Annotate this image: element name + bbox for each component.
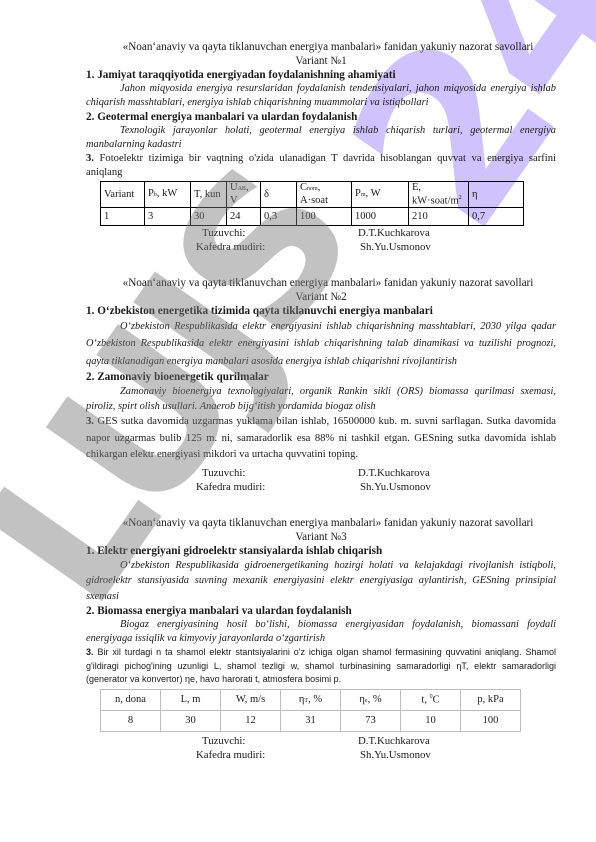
question-3-text: GES sutka davomida uzgarmas yuklama bila…: [86, 416, 556, 460]
question-1-description: O‘zbekiston Respublikasida elektr energi…: [86, 318, 556, 371]
compiler-signature: Tuzuvchi: D.T.Kuchkarova: [86, 226, 556, 240]
table-cell: 100: [297, 207, 352, 225]
compiler-name: D.T.Kuchkarova: [358, 226, 430, 240]
table-cell: 24: [227, 207, 261, 225]
head-label: Kafedra mudiri:: [196, 240, 265, 254]
document-page: «Noan‘anaviy va qayta tiklanuvchan energ…: [86, 40, 556, 762]
table-header-cell: δ: [261, 182, 297, 208]
table-cell: 30: [161, 710, 221, 731]
question-2-description: Biogaz energiyasining hosil bo‘lishi, bi…: [86, 618, 556, 646]
head-name: Sh.Yu.Usmonov: [360, 748, 431, 762]
table-header-cell: L, m: [161, 689, 221, 710]
table-row: 8 30 12 31 73 10 100: [101, 710, 521, 731]
question-3-number: 3.: [86, 416, 94, 427]
question-3-text: Bir xil turdagi n ta shamol elektr stant…: [86, 647, 556, 684]
head-signature: Kafedra mudiri: Sh.Yu.Usmonov: [86, 240, 556, 254]
compiler-name: D.T.Kuchkarova: [358, 734, 430, 748]
compiler-label: Tuzuvchi:: [202, 734, 245, 748]
data-table-variant-3: n, dona L, m W, m/s ηT, % ηe, % t, 0C p,…: [100, 689, 521, 732]
question-1-title: 1. Jamiyat taraqqiyotida energiyadan foy…: [86, 68, 556, 82]
question-2-title: 2. Biomassa energiya manbalari va ularda…: [86, 604, 556, 618]
question-3-task: 3. GES sutka davomida uzgarmas yuklama b…: [86, 414, 556, 464]
table-header-cell: Variant: [101, 182, 145, 208]
table-header-cell: η: [469, 182, 524, 208]
head-name: Sh.Yu.Usmonov: [360, 240, 431, 254]
table-header-cell: Pb, kW: [145, 182, 191, 208]
spacer: [86, 254, 556, 276]
variant-3: «Noan‘anaviy va qayta tiklanuvchan energ…: [86, 516, 556, 762]
table-header-cell: Pm, W: [352, 182, 409, 208]
head-signature: Kafedra mudiri: Sh.Yu.Usmonov: [86, 480, 556, 494]
table-cell: 100: [461, 710, 521, 731]
table-cell: 0,3: [261, 207, 297, 225]
data-table-variant-1: Variant Pb, kW T, kun UAB,V δ Cnom,A·soa…: [100, 181, 524, 226]
table-cell: 3: [145, 207, 191, 225]
table-cell: 12: [221, 710, 281, 731]
variant-title: Variant №1: [86, 54, 556, 68]
question-3-number: 3.: [86, 647, 94, 657]
variant-2: «Noan‘anaviy va qayta tiklanuvchan energ…: [86, 276, 556, 494]
question-2-description: Texnologik jarayonlar holati, geotermal …: [86, 124, 556, 152]
head-name: Sh.Yu.Usmonov: [360, 480, 431, 494]
variant-title: Variant №2: [86, 290, 556, 304]
question-3-task: 3. Fotoelektr tizimiga bir vaqtning o'zi…: [86, 152, 556, 180]
table-cell: 8: [101, 710, 161, 731]
table-header-cell: n, dona: [101, 689, 161, 710]
table-header-cell: Cnom,A·soat: [297, 182, 352, 208]
head-label: Kafedra mudiri:: [196, 748, 265, 762]
compiler-signature: Tuzuvchi: D.T.Kuchkarova: [86, 466, 556, 480]
table-header-row: n, dona L, m W, m/s ηT, % ηe, % t, 0C p,…: [101, 689, 521, 710]
table-header-row: Variant Pb, kW T, kun UAB,V δ Cnom,A·soa…: [101, 182, 524, 208]
variant-title: Variant №3: [86, 530, 556, 544]
table-header-cell: t, 0C: [401, 689, 461, 710]
question-1-description: Jahon miqyosida energiya resurslaridan f…: [86, 82, 556, 110]
table-header-cell: E,kW·soat/m2: [409, 182, 469, 208]
question-3-task: 3. Bir xil turdagi n ta shamol elektr st…: [86, 646, 556, 687]
head-signature: Kafedra mudiri: Sh.Yu.Usmonov: [86, 748, 556, 762]
question-2-title: 2. Geotermal energiya manbalari va ulard…: [86, 110, 556, 124]
head-label: Kafedra mudiri:: [196, 480, 265, 494]
table-cell: 10: [401, 710, 461, 731]
compiler-signature: Tuzuvchi: D.T.Kuchkarova: [86, 734, 556, 748]
table-cell: 31: [281, 710, 341, 731]
question-2-description: Zamonaviy bioenergiya texnologiyalari, o…: [86, 384, 556, 414]
table-cell: 1000: [352, 207, 409, 225]
question-3-text: Fotoelektr tizimiga bir vaqtning o'zida …: [86, 153, 556, 178]
table-header-cell: ηe, %: [341, 689, 401, 710]
table-header-cell: T, kun: [191, 182, 227, 208]
subject-header: «Noan‘anaviy va qayta tiklanuvchan energ…: [86, 276, 556, 290]
table-row: 1 3 30 24 0,3 100 1000 210 0,7: [101, 207, 524, 225]
compiler-name: D.T.Kuchkarova: [358, 466, 430, 480]
subject-header: «Noan‘anaviy va qayta tiklanuvchan energ…: [86, 516, 556, 530]
compiler-label: Tuzuvchi:: [202, 226, 245, 240]
table-cell: 1: [101, 207, 145, 225]
table-cell: 0,7: [469, 207, 524, 225]
table-header-cell: UAB,V: [227, 182, 261, 208]
question-1-description: O‘zbekiston Respublikasida gidroenergeti…: [86, 558, 556, 605]
question-1-title: 1. O‘zbekiston energetika tizimida qayta…: [86, 304, 556, 318]
compiler-label: Tuzuvchi:: [202, 466, 245, 480]
question-3-number: 3.: [86, 153, 94, 164]
table-cell: 210: [409, 207, 469, 225]
question-2-title: 2. Zamonaviy bioenergetik qurilmalar: [86, 370, 556, 384]
question-1-title: 1. Elektr energiyani gidroelektr stansiy…: [86, 544, 556, 558]
table-header-cell: p, kPa: [461, 689, 521, 710]
table-cell: 30: [191, 207, 227, 225]
table-cell: 73: [341, 710, 401, 731]
table-header-cell: W, m/s: [221, 689, 281, 710]
table-header-cell: ηT, %: [281, 689, 341, 710]
subject-header: «Noan‘anaviy va qayta tiklanuvchan energ…: [86, 40, 556, 54]
spacer: [86, 494, 556, 516]
variant-1: «Noan‘anaviy va qayta tiklanuvchan energ…: [86, 40, 556, 254]
